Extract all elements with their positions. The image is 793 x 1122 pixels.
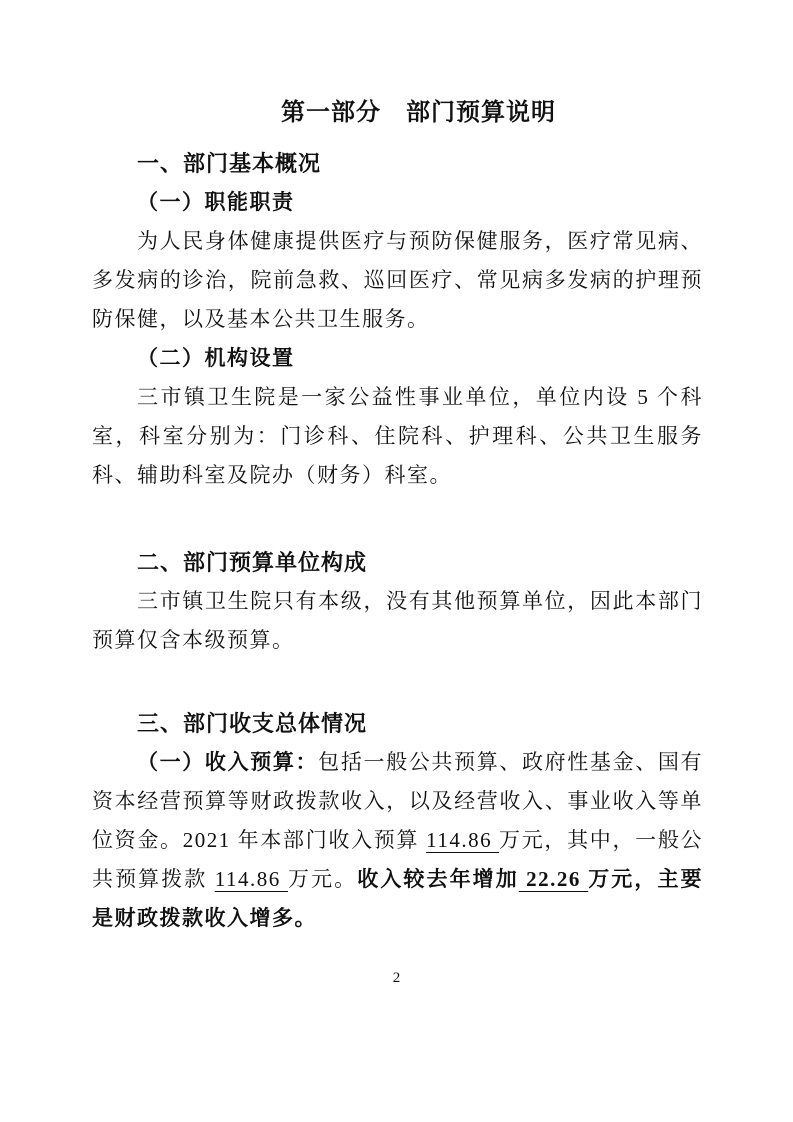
section-1-sub-2-heading: （二）机构设置 xyxy=(92,339,703,378)
section-1-sub-1-paragraph: 为人民身体健康提供医疗与预防保健服务，医疗常见病、多发病的诊治，院前急救、巡回医… xyxy=(92,222,703,339)
income-budget-label: （一）收入预算： xyxy=(137,750,318,774)
section-gap-2 xyxy=(92,660,703,704)
section-gap-1 xyxy=(92,495,703,543)
income-increase-value: 22.26 xyxy=(519,867,588,891)
document-title: 第一部分 部门预算说明 xyxy=(92,96,703,130)
section-2-paragraph: 三市镇卫生院只有本级，没有其他预算单位，因此本部门预算仅含本级预算。 xyxy=(92,582,703,660)
page-number: 2 xyxy=(0,970,793,987)
public-budget-allocation-value: 114.86 xyxy=(215,867,288,891)
section-3-heading: 三、部门收支总体情况 xyxy=(92,704,703,743)
document-page: 第一部分 部门预算说明 一、部门基本概况 （一）职能职责 为人民身体健康提供医疗… xyxy=(0,0,793,1122)
section-1-sub-2-paragraph: 三市镇卫生院是一家公益性事业单位，单位内设 5 个科室，科室分别为：门诊科、住院… xyxy=(92,378,703,495)
document-content: 第一部分 部门预算说明 一、部门基本概况 （一）职能职责 为人民身体健康提供医疗… xyxy=(92,96,703,938)
section-1-sub-1-heading: （一）职能职责 xyxy=(92,183,703,222)
income-total-value: 114.86 xyxy=(426,828,499,852)
income-increase-text-1: 收入较去年增加 xyxy=(357,867,519,891)
income-text-3: 万元。 xyxy=(288,867,357,891)
section-1-heading: 一、部门基本概况 xyxy=(92,144,703,183)
section-3-income-paragraph: （一）收入预算：包括一般公共预算、政府性基金、国有资本经营预算等财政拨款收入，以… xyxy=(92,743,703,938)
section-2-heading: 二、部门预算单位构成 xyxy=(92,543,703,582)
